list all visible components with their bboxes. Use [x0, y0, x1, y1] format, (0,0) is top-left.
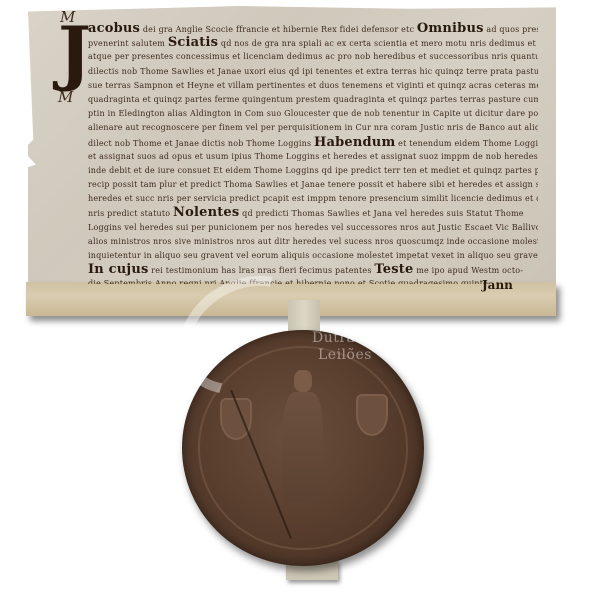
text-line: quadraginta et quinqz partes ferme quing…	[88, 93, 538, 107]
text-line: recip possit tam plur et predict Thoma S…	[88, 178, 538, 192]
text-line: inquietentur in aliquo seu gravent vel e…	[88, 249, 538, 263]
text-line: die Septembris Anno regni nri Anglie ffr…	[88, 277, 538, 284]
charter-text: acobus dei gra Anglie Scocie ffrancie et…	[88, 22, 538, 284]
text-line: heredes et succ nris per servicia predic…	[88, 192, 538, 206]
text-line: et assignat suos ad opus et usum ipius T…	[88, 150, 538, 164]
text-line: inde debit et de iure consuet Et eidem T…	[88, 164, 538, 178]
seal-enthroned-figure-icon	[278, 370, 328, 520]
text-line: alienare aut recognoscere per finem vel …	[88, 121, 538, 135]
text-line: nris predict statuto Nolentes qd predict…	[88, 206, 538, 220]
text-line: alios ministros nros sive ministros nros…	[88, 235, 538, 249]
text-line: sue terras Sampnon et Heyne et villam pe…	[88, 79, 538, 93]
text-line: atque per presentes concessimus et licen…	[88, 50, 538, 64]
wax-seal	[182, 330, 424, 566]
text-line: In cujus rei testimonium has lras nras f…	[88, 263, 538, 277]
seal-shield-right-icon	[356, 394, 388, 436]
text-line: Loggins vel heredes sui per punicionem p…	[88, 221, 538, 235]
text-line: acobus dei gra Anglie Scocie ffrancie et…	[88, 22, 538, 36]
text-line: dilectis nob Thome Sawlies et Janae uxor…	[88, 65, 538, 79]
illuminated-initial: J	[58, 18, 91, 88]
text-line: pvenerint salutem Sciatis qd nos de gra …	[88, 36, 538, 50]
signature-fragment: Jann	[482, 278, 513, 292]
text-line: dilect nob Thome et Janae dictis nob Tho…	[88, 136, 538, 150]
text-line: ptin in Eledington alias Aldington in Co…	[88, 107, 538, 121]
